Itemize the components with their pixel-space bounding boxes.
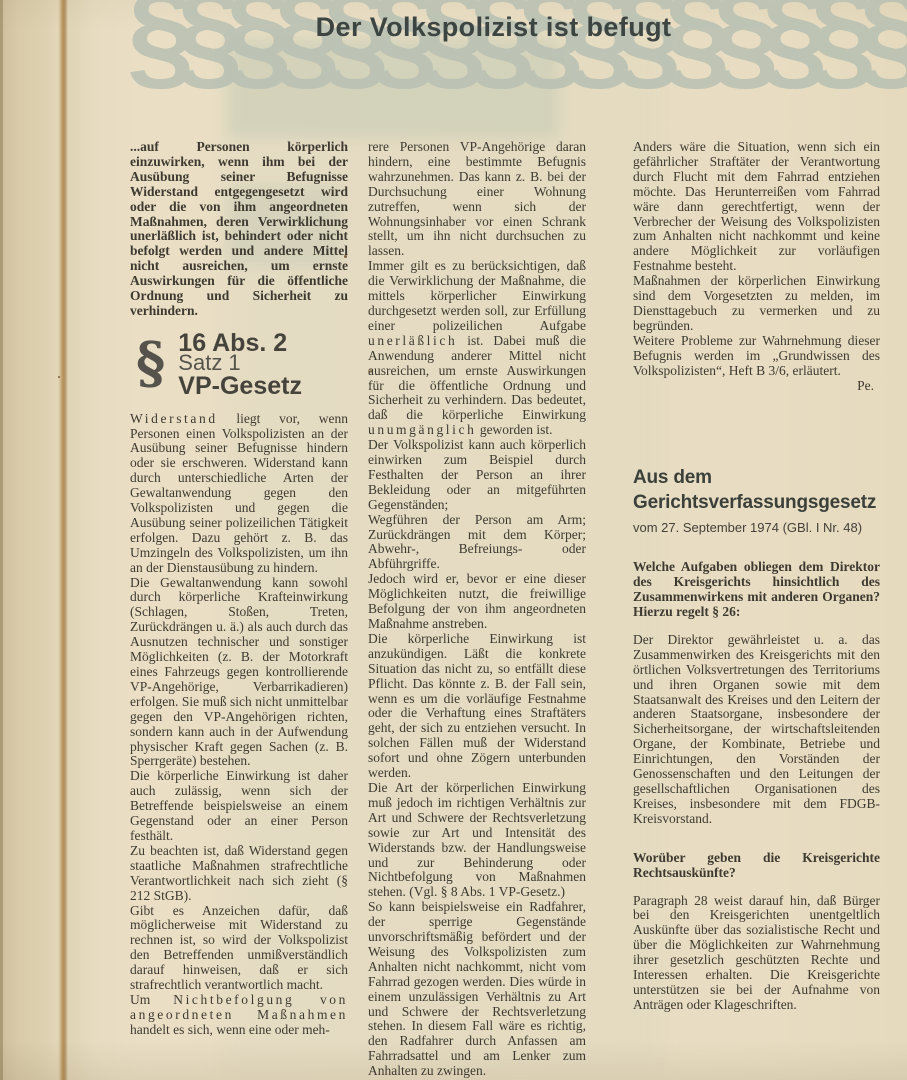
paragraph: Gibt es Anzeichen dafür, daß möglicherwe…	[130, 904, 348, 993]
law-reference-heading: § 16 Abs. 2 Satz 1 VP-Gesetz	[136, 335, 348, 394]
paragraph: Anders wäre die Situation, wenn sich ein…	[633, 140, 880, 274]
answer-1: Der Direktor gewährleistet u. a. das Zus…	[633, 633, 880, 827]
paragraph: Weitere Probleme zur Wahrnehmung dieser …	[633, 334, 880, 379]
column-1: ...auf Personen körperlich einzuwirken, …	[130, 140, 348, 1080]
paragraph: Zu beachten ist, daß Widerstand gegen st…	[130, 844, 348, 904]
law-ref-statute: VP-Gesetz	[178, 379, 302, 394]
paragraph-symbol: §	[136, 335, 165, 391]
paragraph: Immer gilt es zu berücksichtigen, daß di…	[368, 259, 586, 438]
paragraph: rere Personen VP-Angehörige daran hinder…	[368, 140, 586, 259]
paper-crease	[60, 0, 68, 1080]
article2-title: Aus dem Gerichtsverfassungsgesetz	[633, 465, 880, 515]
paragraph: Jedoch wird er, bevor er eine dieser Mög…	[368, 572, 586, 632]
law-ref-sentence: Satz 1	[178, 356, 302, 371]
law-reference-lines: 16 Abs. 2 Satz 1 VP-Gesetz	[178, 335, 302, 394]
intro-paragraph: ...auf Personen körperlich einzuwirken, …	[130, 140, 348, 319]
author-initials: Pe.	[633, 379, 880, 394]
article2-subtitle: vom 27. September 1974 (GBl. I Nr. 48)	[633, 521, 880, 536]
paragraph: Widerstand liegt vor, wenn Personen eine…	[130, 412, 348, 576]
paragraph: Die Art der körperlichen Einwirkung muß …	[368, 781, 586, 900]
paragraph: So kann beispielsweise ein Radfahrer, de…	[368, 900, 586, 1079]
paragraph: Die körperliche Einwirkung ist daher auc…	[130, 769, 348, 844]
paragraph: Der Volkspolizist kann auch körperlich e…	[368, 438, 586, 513]
paragraph: Um Nichtbefolgung von angeordneten Maßna…	[130, 993, 348, 1038]
magazine-page: §§§§§§§§§§§§§§§§§§§§§§§§§§§§ Der Volkspo…	[0, 0, 907, 1080]
paragraph: Die Gewaltanwendung kann sowohl durch kö…	[130, 576, 348, 770]
page-binding-edge	[0, 0, 3, 1080]
article2-title-line1: Aus dem	[633, 465, 880, 490]
column-3-text: Anders wäre die Situation, wenn sich ein…	[633, 140, 880, 379]
answer-2: Paragraph 28 weist darauf hin, daß Bürge…	[633, 894, 880, 1013]
column-1-text: Widerstand liegt vor, wenn Personen eine…	[130, 412, 348, 1038]
paragraph: Wegführen der Person am Arm; Zurückdräng…	[368, 513, 586, 573]
paragraph: Maßnahmen der körperlichen Einwirkung si…	[633, 274, 880, 334]
question-1: Welche Aufgaben obliegen dem Direktor de…	[633, 560, 880, 620]
column-2: rere Personen VP-Angehörige daran hinder…	[368, 140, 586, 1080]
question-2: Worüber geben die Kreisgerichte Rechtsau…	[633, 851, 880, 881]
column-2-text: rere Personen VP-Angehörige daran hinder…	[368, 140, 586, 1079]
article2-title-line2: Gerichtsverfassungsgesetz	[633, 490, 880, 515]
paragraph: Die körperliche Einwirkung ist anzukündi…	[368, 632, 586, 781]
page-title: Der Volkspolizist ist befugt	[130, 12, 857, 43]
paper-speck	[58, 376, 60, 378]
law-ref-article: 16 Abs. 2	[178, 336, 302, 351]
column-3: Anders wäre die Situation, wenn sich ein…	[633, 140, 880, 1080]
